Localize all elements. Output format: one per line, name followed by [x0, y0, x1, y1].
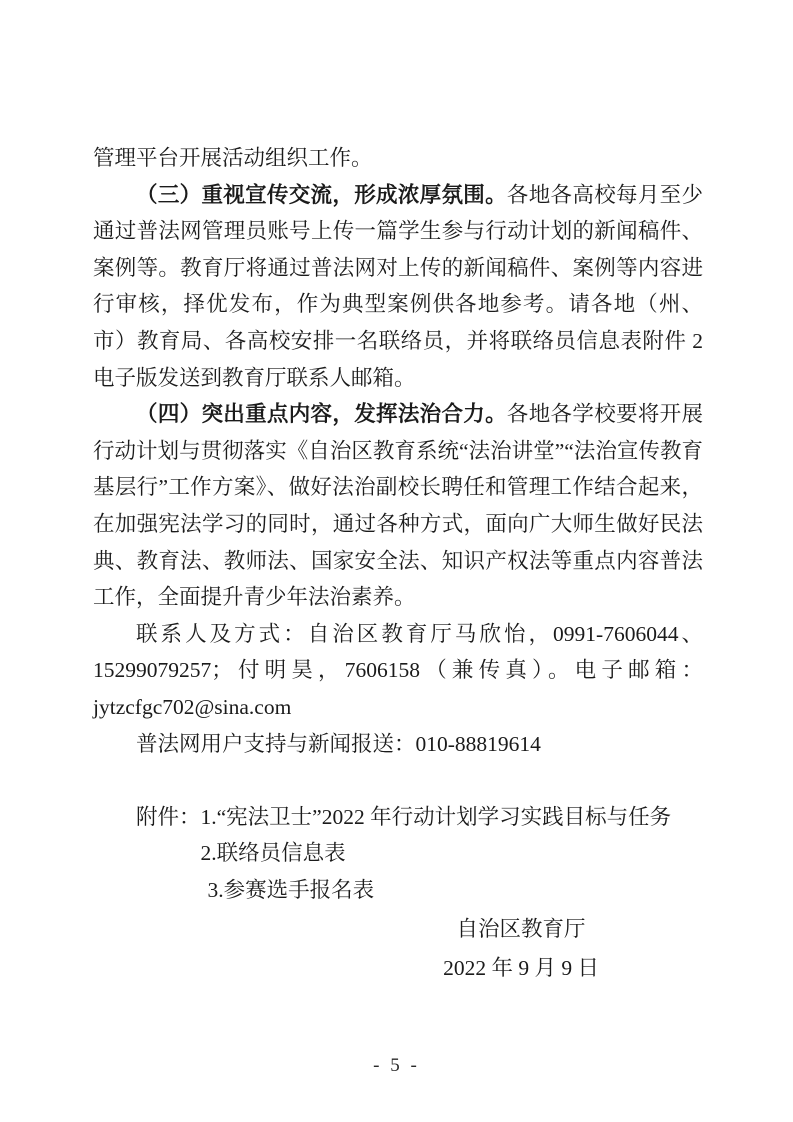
signature-block: 自治区教育厅 2022 年 9 月 9 日	[443, 910, 599, 987]
paragraph-contact: 联系人及方式：自治区教育厅马欣怡，0991-7606044、1529907925…	[93, 616, 703, 726]
attachments-list: 1.“宪法卫士”2022 年行动计划学习实践目标与任务 2.联络员信息表 3.参…	[201, 799, 703, 909]
contact-email: jytzcfgc702@sina.com	[93, 695, 291, 719]
contact-info-text: 联系人及方式：自治区教育厅马欣怡，0991-7606044、1529907925…	[93, 622, 703, 683]
document-page: 管理平台开展活动组织工作。 （三）重视宣传交流，形成浓厚氛围。各地各高校每月至少…	[0, 0, 793, 1122]
section-4-heading: （四）突出重点内容，发挥法治合力。	[136, 402, 507, 426]
attachment-item-2: 2.联络员信息表	[201, 835, 703, 872]
attachments-label: 附件：	[136, 799, 201, 909]
section-4-text: 各地各学校要将开展行动计划与贯彻落实《自治区教育系统“法治讲堂”“法治宣传教育基…	[93, 402, 703, 609]
section-3-heading: （三）重视宣传交流，形成浓厚氛围。	[136, 183, 507, 207]
section-3-text: 各地各高校每月至少通过普法网管理员账号上传一篇学生参与行动计划的新闻稿件、案例等…	[93, 183, 703, 390]
paragraph-section-4: （四）突出重点内容，发挥法治合力。各地各学校要将开展行动计划与贯彻落实《自治区教…	[93, 396, 703, 616]
attachment-item-3: 3.参赛选手报名表	[201, 872, 703, 909]
paragraph-support-line: 普法网用户支持与新闻报送：010-88819614	[93, 726, 703, 763]
attachments-block: 附件： 1.“宪法卫士”2022 年行动计划学习实践目标与任务 2.联络员信息表…	[93, 799, 703, 909]
attachment-item-1: 1.“宪法卫士”2022 年行动计划学习实践目标与任务	[201, 799, 703, 836]
paragraph-continuation: 管理平台开展活动组织工作。	[93, 140, 703, 177]
signature-date: 2022 年 9 月 9 日	[443, 949, 599, 988]
document-body: 管理平台开展活动组织工作。 （三）重视宣传交流，形成浓厚氛围。各地各高校每月至少…	[93, 140, 703, 987]
page-number: - 5 -	[0, 1055, 793, 1077]
paragraph-section-3: （三）重视宣传交流，形成浓厚氛围。各地各高校每月至少通过普法网管理员账号上传一篇…	[93, 177, 703, 397]
signature-org: 自治区教育厅	[443, 910, 599, 949]
